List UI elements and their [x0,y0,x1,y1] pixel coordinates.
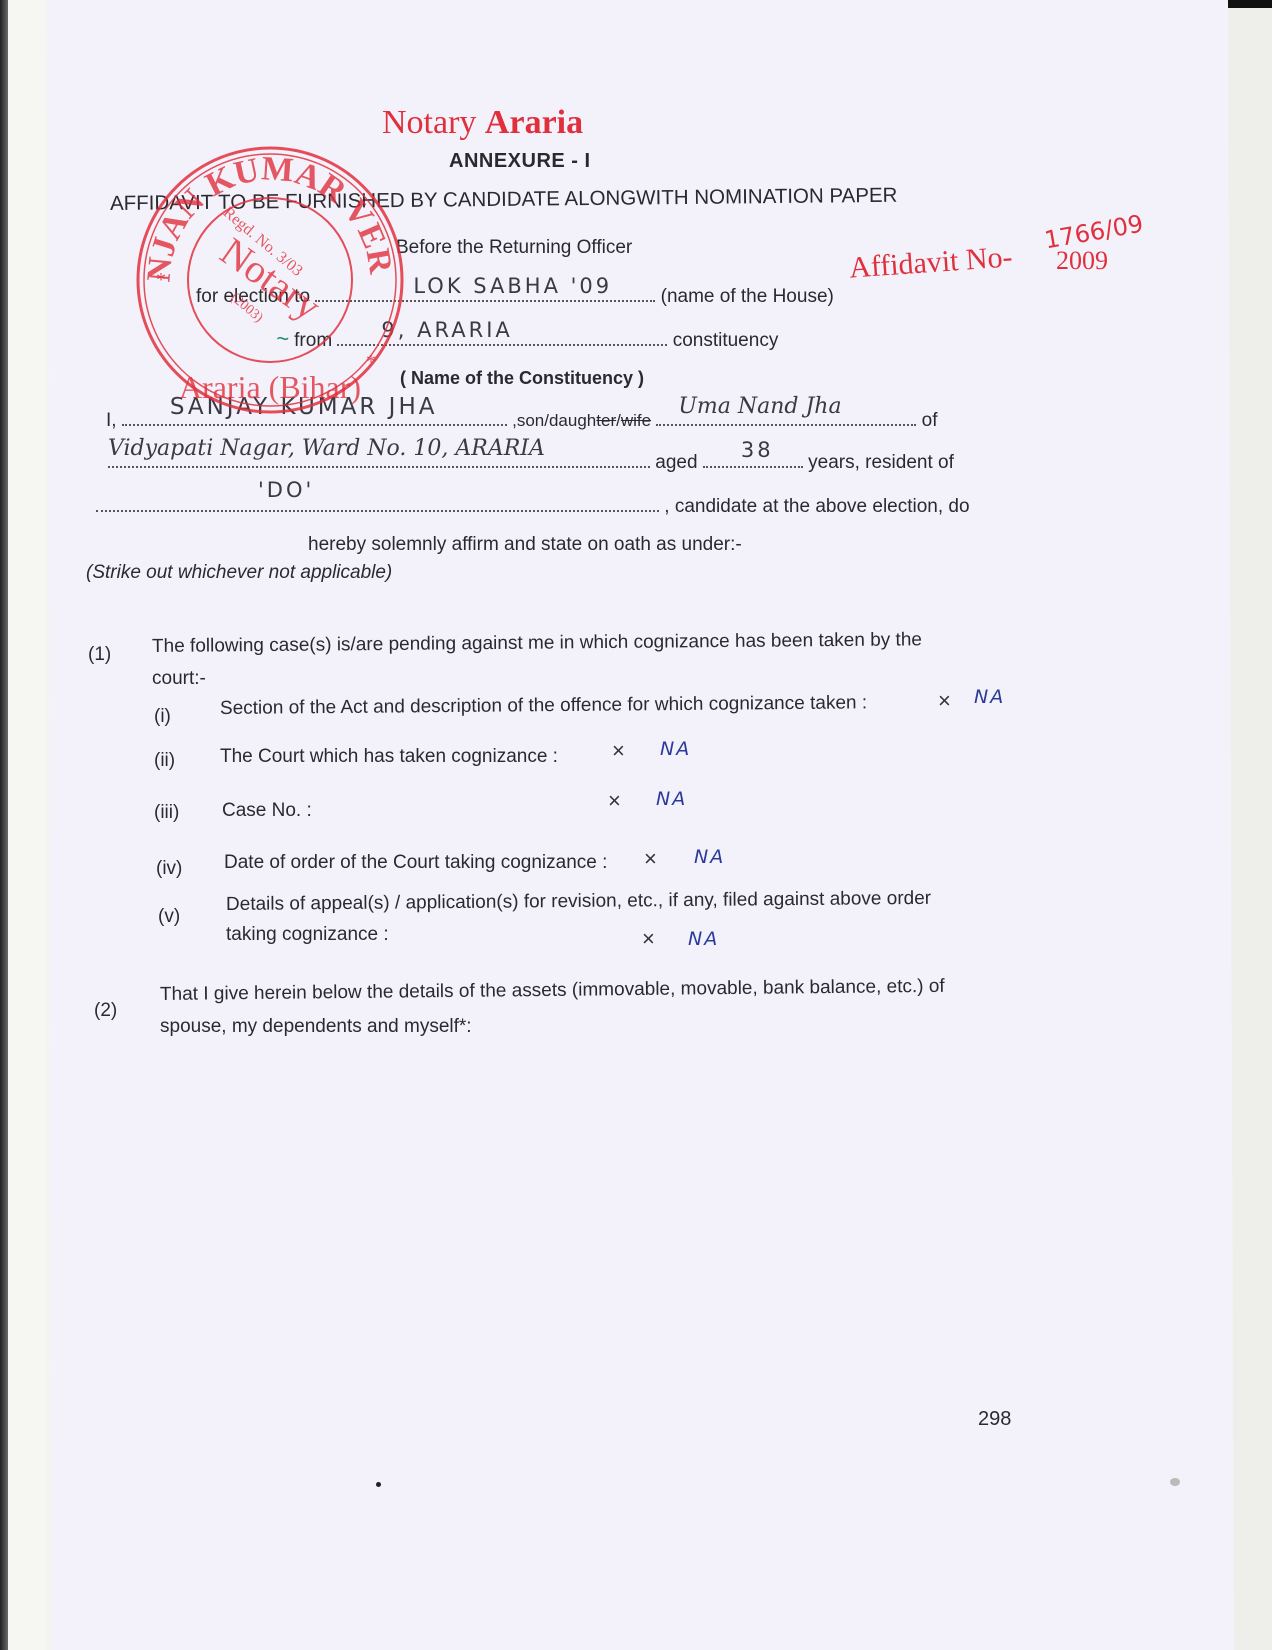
resident-suffix: , candidate at the above election, do [664,496,969,517]
section-1-text-cont: court:- [152,668,206,690]
cross-mark-i: × [938,688,951,714]
relation-label: ,son/daughter/wife [512,411,651,430]
resident-value: 'DO' [258,478,314,502]
address-field[interactable]: Vidyapati Nagar, Ward No. 10, ARARIA [108,448,650,468]
section-1-number: (1) [88,644,111,666]
svg-text:*: * [366,351,376,373]
notary-seal-icon: RANJAN KUMAR VERMA Notary Regd. No. 3/03… [130,140,410,420]
aged-label: aged [655,452,697,473]
candidate-prefix: I, [106,410,117,431]
scan-corner-shadow [1224,0,1272,8]
svg-text:Araria (Bihar): Araria (Bihar) [179,369,361,405]
parent-name: Uma Nand Jha [678,394,841,419]
address-line: Vidyapati Nagar, Ward No. 10, ARARIA age… [108,448,954,474]
age-value: 38 [741,438,774,462]
answer-iii: NA [656,788,687,810]
affidavit-year: 2009 [1056,246,1108,276]
section-2-text: That I give herein below the details of … [160,976,945,1006]
cross-mark-v: × [642,926,655,952]
item-v-number: (v) [158,906,180,928]
address-value: Vidyapati Nagar, Ward No. 10, ARARIA [108,436,545,461]
scan-speck [376,1482,381,1487]
resident-line: 'DO' , candidate at the above election, … [96,492,970,518]
item-ii-number: (ii) [154,750,175,772]
section-1-text: The following case(s) is/are pending aga… [152,629,922,658]
item-iii-label: Case No. : [222,800,312,822]
svg-text:*: * [156,269,166,291]
answer-iv: NA [694,846,725,868]
answer-v: NA [688,928,719,950]
section-2-number: (2) [94,1000,117,1022]
constituency-caption: ( Name of the Constituency ) [400,368,644,389]
scan-speck [1170,1478,1180,1486]
cross-mark-iv: × [644,846,657,872]
page-number: 298 [978,1408,1011,1431]
section-2-text-cont: spouse, my dependents and myself*: [160,1016,472,1038]
answer-i: NA [974,686,1005,708]
notary-header-stamp: Notary Araria [382,104,583,142]
returning-officer-line: Before the Returning Officer [396,237,632,259]
item-i-label: Section of the Act and description of th… [220,692,867,720]
candidate-suffix: of [922,410,938,431]
cross-mark-iii: × [608,788,621,814]
notary-place: Araria [485,104,583,141]
item-v-label: Details of appeal(s) / application(s) fo… [226,888,931,916]
item-iv-number: (iv) [156,858,182,880]
scan-left-margin [8,0,46,1650]
item-ii-label: The Court which has taken cognizance : [220,746,558,768]
resident-field[interactable]: 'DO' [96,492,659,512]
election-suffix: (name of the House) [661,286,834,307]
scan-left-edge [0,0,8,1650]
years-label: years, resident of [808,452,954,473]
item-iv-label: Date of order of the Court taking cogniz… [224,852,607,874]
affidavit-number-stamp: Affidavit No- [848,240,1014,285]
parent-name-field[interactable]: Uma Nand Jha [656,406,916,426]
age-field[interactable]: 38 [703,448,803,468]
item-iii-number: (iii) [154,802,179,824]
election-value: LOK SABHA '09 [413,274,612,298]
affidavit-number-label: Affidavit No- [848,240,1013,284]
item-i-number: (i) [154,706,171,728]
strike-note: (Strike out whichever not applicable) [86,562,392,584]
from-suffix: constituency [673,330,779,351]
answer-ii: NA [660,738,691,760]
cross-mark-ii: × [612,738,625,764]
notary-word: Notary [382,104,476,141]
annexure-heading: ANNEXURE - I [449,150,591,173]
item-v-label-cont: taking cognizance : [226,924,389,946]
affirm-line: hereby solemnly affirm and state on oath… [308,534,742,556]
